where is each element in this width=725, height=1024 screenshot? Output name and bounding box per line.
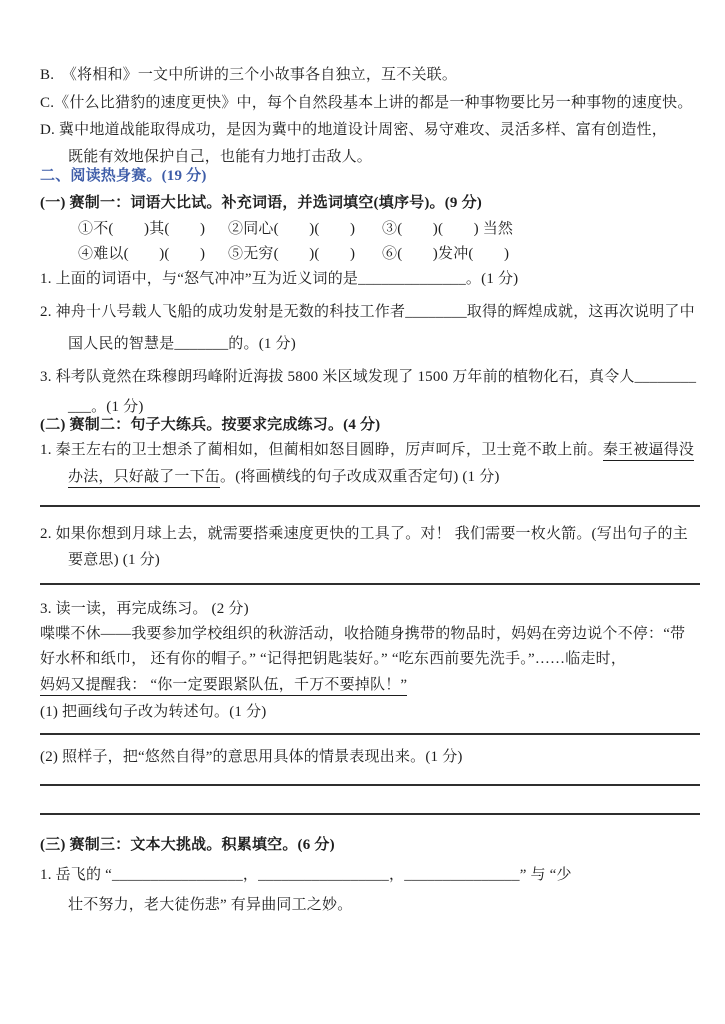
word-item-5: ⑤无穷( )( ): [228, 243, 382, 265]
part-1-question-1: 1. 上面的词语中，与“怒气冲冲”互为近义词的是______________。(…: [40, 268, 518, 290]
part-1-heading: (一) 赛制一：词语大比试。补充词语，并选词填空(填序号)。(9 分): [40, 192, 482, 214]
part-2-question-3-heading: 3. 读一读，再完成练习。 (2 分): [40, 598, 249, 620]
part-1-question-2-line-2: 国人民的智慧是_______的。(1 分): [68, 333, 296, 355]
answer-line: [40, 583, 700, 585]
option-c-line: C.《什么比猎豹的速度更快》中，每个自然段基本上讲的都是一种事物要比另一种事物的…: [40, 92, 693, 114]
part-2-question-1-line-1: 1. 秦王左右的卫士想杀了蔺相如，但蔺相如怒目圆睁，厉声呵斥，卫士竟不敢上前。秦…: [40, 439, 694, 461]
exam-document-page: B. 《将相和》一文中所讲的三个小故事各自独立，互不关联。 C.《什么比猎豹的速…: [0, 0, 725, 1024]
part-2-question-3-sub-2: (2) 照样子，把“悠然自得”的意思用具体的情景表现出来。(1 分): [40, 746, 463, 768]
word-item-2: ②同心( )( ): [228, 218, 382, 240]
part-1-question-3-line-1: 3. 科考队竟然在珠穆朗玛峰附近海拔 5800 米区域发现了 1500 万年前的…: [40, 366, 696, 388]
answer-line: [40, 505, 700, 507]
part-3-question-1-line-1: 1. 岳飞的 “_________________，______________…: [40, 864, 572, 886]
word-item-1: ①不( )其( ): [78, 218, 228, 240]
word-item-4: ④难以( )( ): [78, 243, 228, 265]
reading-paragraph-line-1: 喋喋不休——我要参加学校组织的秋游活动，收拾随身携带的物品时，妈妈在旁边说个不停…: [40, 623, 685, 645]
part-3-question-1-line-2: 壮不努力，老大徒伤悲” 有异曲同工之妙。: [68, 894, 352, 916]
section-2-heading: 二、阅读热身赛。(19 分): [40, 165, 207, 187]
reading-paragraph-line-2: 好水杯和纸巾， 还有你的帽子。” “记得把钥匙装好。” “吃东西前要先洗手。”……: [40, 648, 626, 670]
word-item-3: ③( )( ) 当然: [382, 218, 513, 240]
part-2-question-3-sub-1: (1) 把画线句子改为转述句。(1 分): [40, 701, 266, 723]
part-2-heading: (二) 赛制二：句子大练兵。按要求完成练习。(4 分): [40, 414, 380, 436]
option-b-line: B. 《将相和》一文中所讲的三个小故事各自独立，互不关联。: [40, 64, 457, 86]
reading-paragraph-line-3: 妈妈又提醒我： “你一定要跟紧队伍，千万不要掉队！”: [40, 674, 407, 696]
part-1-question-2-line-1: 2. 神舟十八号载人飞船的成功发射是无数的科技工作者________取得的辉煌成…: [40, 301, 695, 323]
part-2-question-2-line-2: 要意思) (1 分): [68, 549, 160, 571]
word-item-6: ⑥( )发冲( ): [382, 243, 509, 265]
reading-paragraph-underlined: 妈妈又提醒我： “你一定要跟紧队伍，千万不要掉队！”: [40, 677, 407, 696]
part-3-heading: (三) 赛制三：文本大挑战。积累填空。(6 分): [40, 834, 335, 856]
part-2-question-2-line-1: 2. 如果你想到月球上去，就需要搭乘速度更快的工具了。对！ 我们需要一枚火箭。(…: [40, 523, 688, 545]
part-2-q1-underlined-start: 秦王被逼得没: [603, 442, 694, 461]
option-d-line-1: D. 冀中地道战能取得成功，是因为冀中的地道设计周密、易守难攻、灵活多样、富有创…: [40, 119, 667, 141]
part-2-question-1-line-2: 办法，只好敲了一下缶。(将画横线的句子改成双重否定句) (1 分): [68, 466, 500, 488]
answer-line: [40, 813, 700, 815]
part-2-q1-instruction: 。(将画横线的句子改成双重否定句) (1 分): [220, 469, 500, 485]
part-2-q1-underlined-end: 办法，只好敲了一下缶: [68, 469, 220, 488]
word-fill-row-1: ①不( )其( ) ②同心( )( ) ③( )( ) 当然: [78, 218, 513, 240]
part-2-q1-text: 1. 秦王左右的卫士想杀了蔺相如，但蔺相如怒目圆睁，厉声呵斥，卫士竟不敢上前。: [40, 442, 603, 458]
word-fill-row-2: ④难以( )( ) ⑤无穷( )( ) ⑥( )发冲( ): [78, 243, 509, 265]
answer-line: [40, 784, 700, 786]
answer-line: [40, 733, 700, 735]
